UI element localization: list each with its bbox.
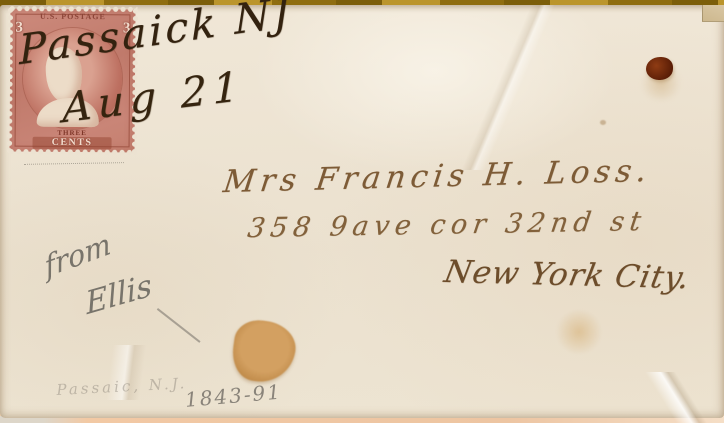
perforation-edge: [7, 149, 136, 156]
stamp-value-word: CENTS: [10, 137, 135, 149]
envelope-scan: U.S. POSTAGE 3 3 THREE CENTS Passaick NJ…: [0, 0, 724, 423]
clipped-corner: [702, 5, 724, 22]
address-city: New York City.: [441, 254, 693, 296]
